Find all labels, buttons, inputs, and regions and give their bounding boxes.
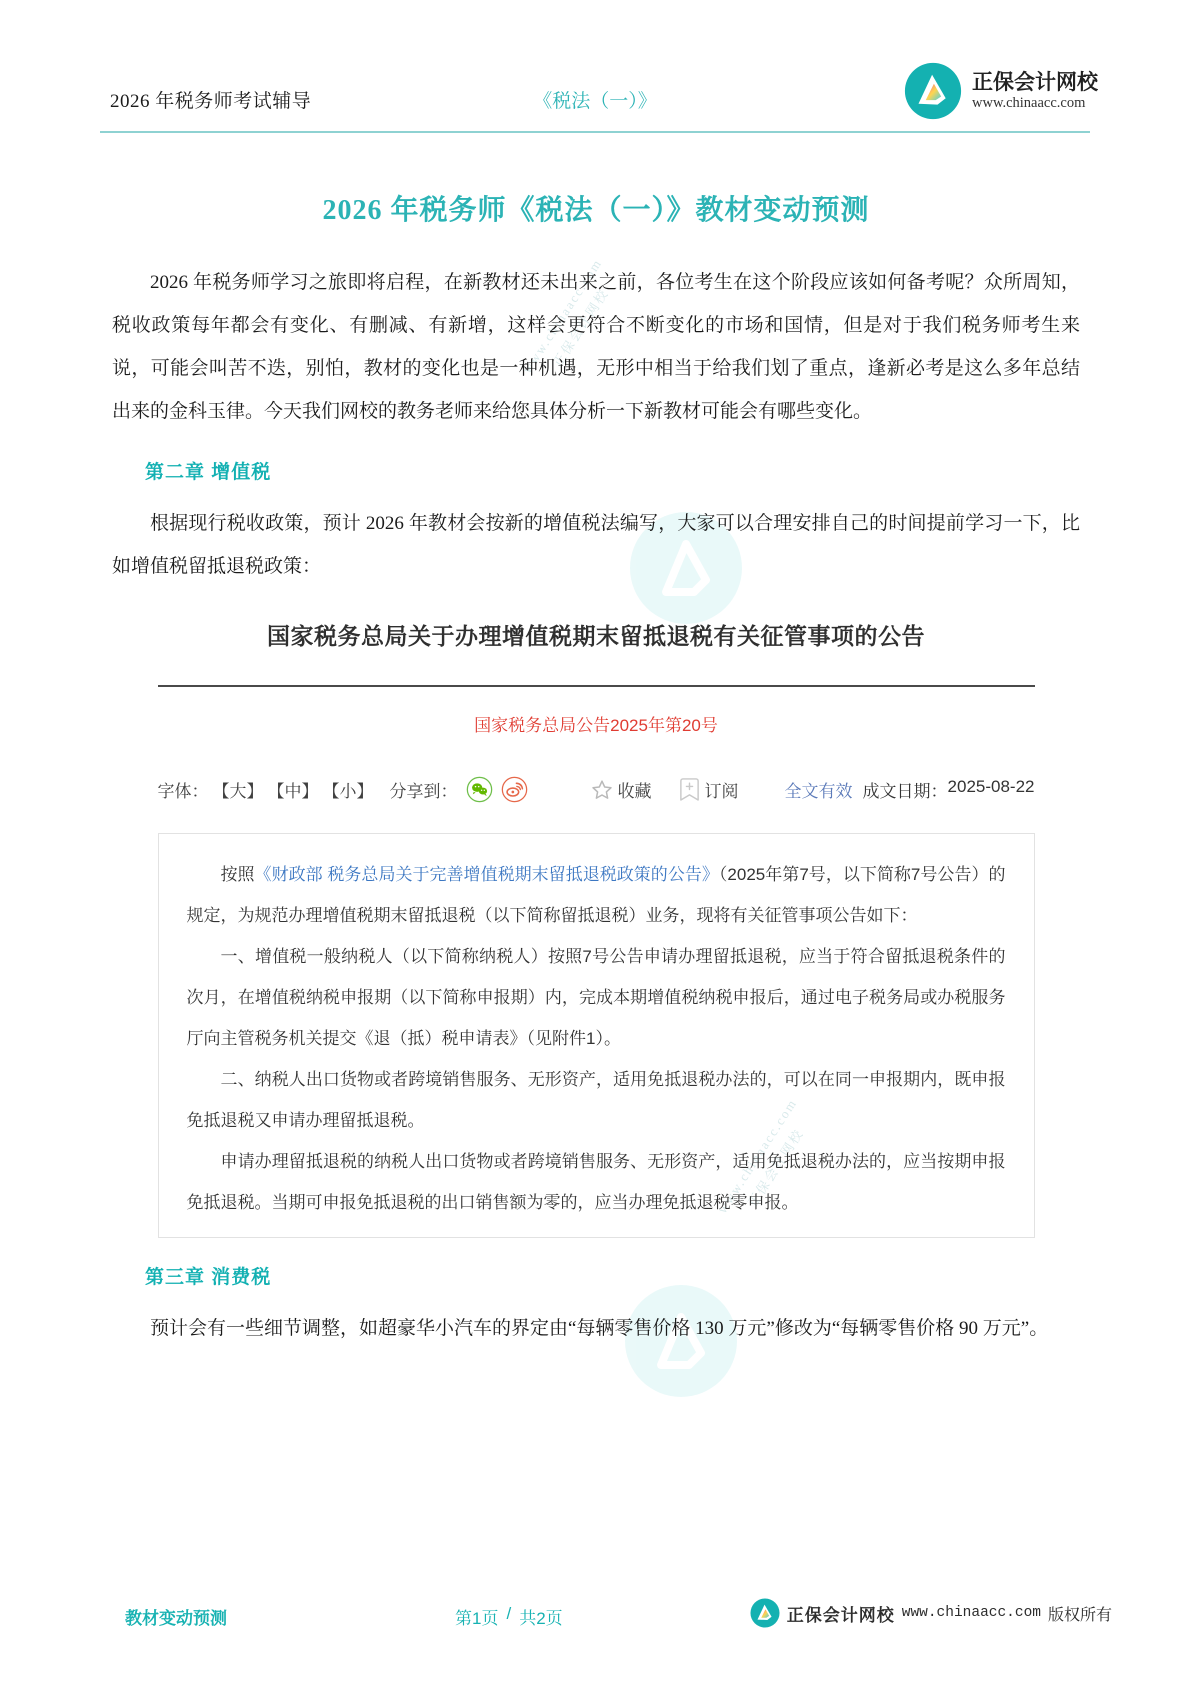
announcement-paragraph-1: 按照《财政部 税务总局关于完善增值税期末留抵退税政策的公告》（2025年第7号，… [187,854,1006,936]
brand-logo: 正保会计网校 www.chinaacc.com [904,62,1098,120]
issue-date: 成文日期： 2025-08-22 [863,777,1035,802]
page-footer: 教材变动预测 第1页 / 共2页 正保会计网校 www.chinaacc.com… [0,1598,1190,1638]
page-indicator: 第1页 / 共2页 [455,1604,563,1629]
page-title: 2026 年税务师《税法（一）》教材变动预测 [112,188,1080,228]
issue-date-value: 2025-08-22 [948,777,1035,802]
favorite-label: 收藏 [618,777,652,802]
font-small-button[interactable]: 【小】 [323,777,374,802]
page-separator: / [506,1604,511,1629]
brand-site: www.chinaacc.com [972,94,1098,112]
policy-link[interactable]: 《财政部 税务总局关于完善增值税期末留抵退税政策的公告》 [255,865,719,884]
font-size-label: 字体： [158,777,209,802]
status-badge: 全文有效 [785,777,853,802]
footer-doc-label: 教材变动预测 [125,1604,227,1629]
subscribe-button[interactable]: 订阅 [678,777,739,802]
favorite-button[interactable]: 收藏 [590,777,652,802]
footer-copyright-block: 正保会计网校 www.chinaacc.com 版权所有 [750,1598,1112,1628]
paragraph-text: 按照 [221,865,255,884]
footer-site: www.chinaacc.com [902,1605,1041,1621]
issue-date-label: 成文日期： [863,777,948,802]
font-medium-button[interactable]: 【中】 [268,777,319,802]
page-current: 第1页 [455,1604,498,1629]
star-icon [590,778,614,802]
announcement-section: 国家税务总局关于办理增值税期末留抵退税有关征管事项的公告 国家税务总局公告202… [158,618,1035,1238]
brand-name: 正保会计网校 [972,70,1098,94]
subscribe-label: 订阅 [705,777,739,802]
chapter2-lead-paragraph: 根据现行税收政策，预计 2026 年教材会按新的增值税法编写，大家可以合理安排自… [112,502,1080,588]
announcement-toolbar: 字体： 【大】 【中】 【小】 分享到： [158,776,1035,803]
wechat-share-icon[interactable] [466,776,493,803]
announcement-paragraph-3: 二、纳税人出口货物或者跨境销售服务、无形资产，适用免抵退税办法的，可以在同一申报… [187,1059,1006,1141]
announcement-divider [158,685,1035,687]
bookmark-plus-icon [678,777,701,802]
page-total: 共2页 [519,1604,562,1629]
intro-paragraph: 2026 年税务师学习之旅即将启程，在新教材还未出来之前，各位考生在这个阶段应该… [112,261,1080,433]
share-label: 分享到： [390,777,458,802]
font-large-button[interactable]: 【大】 [213,777,264,802]
chapter2-heading: 第二章 增值税 [145,457,1080,484]
announcement-paragraph-4: 申请办理留抵退税的纳税人出口货物或者跨境销售服务、无形资产，适用免抵退税办法的，… [187,1141,1006,1223]
chapter3-heading: 第三章 消费税 [145,1262,1080,1289]
chapter3-paragraph: 预计会有一些细节调整，如超豪华小汽车的界定由“每辆零售价格 130 万元”修改为… [112,1307,1080,1350]
footer-brand: 正保会计网校 [787,1601,895,1626]
announcement-content-box: 按照《财政部 税务总局关于完善增值税期末留抵退税政策的公告》（2025年第7号，… [158,833,1035,1238]
weibo-share-icon[interactable] [501,776,528,803]
announcement-paragraph-2: 一、增值税一般纳税人（以下简称纳税人）按照7号公告申请办理留抵退税，应当于符合留… [187,936,1006,1059]
chinaacc-logo-icon [750,1598,780,1628]
document-page: www.chinaacc.com正保会计网校 www.chinaacc.com正… [0,0,1190,1683]
brand-text-block: 正保会计网校 www.chinaacc.com [972,70,1098,112]
document-body: 2026 年税务师《税法（一）》教材变动预测 2026 年税务师学习之旅即将启程… [112,134,1080,1350]
announcement-title: 国家税务总局关于办理增值税期末留抵退税有关征管事项的公告 [158,618,1035,651]
header-divider [100,131,1090,133]
chinaacc-logo-icon [904,62,962,120]
page-header: 2026 年税务师考试辅导 《税法（一）》 正保会计网校 www.chinaac… [0,0,1190,134]
announcement-doc-number: 国家税务总局公告2025年第20号 [158,711,1035,736]
footer-copyright: 版权所有 [1048,1602,1112,1625]
